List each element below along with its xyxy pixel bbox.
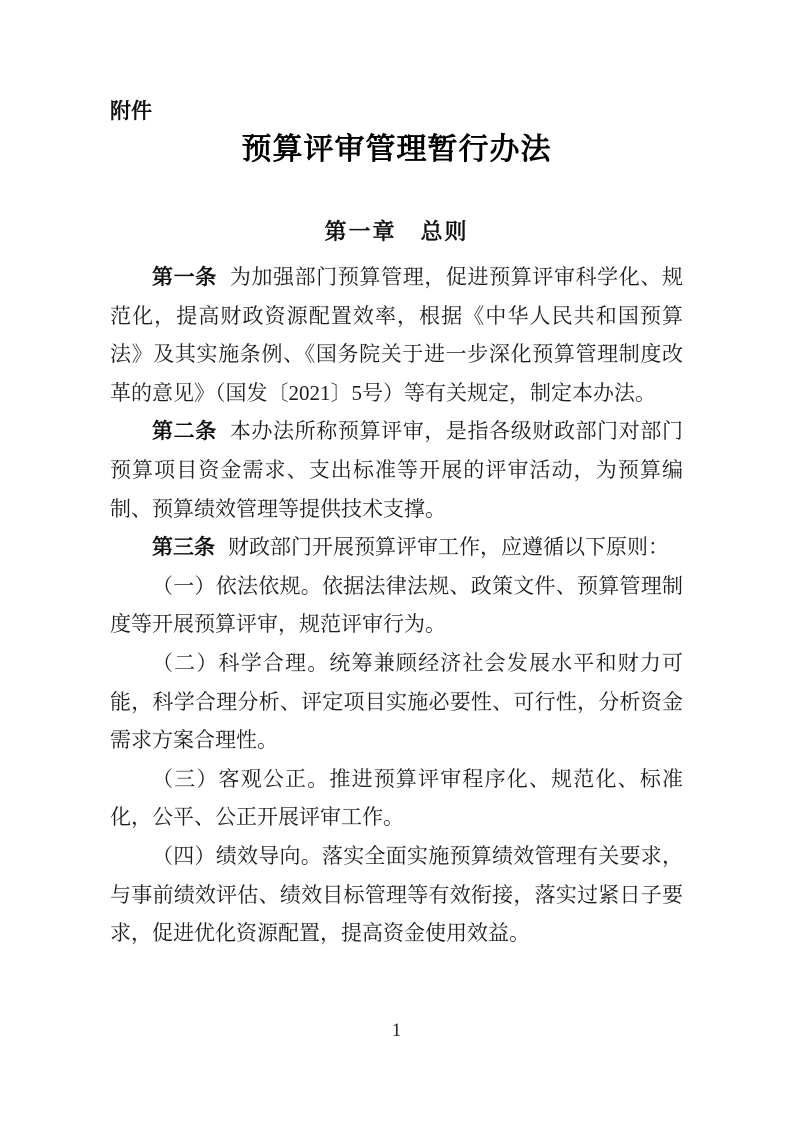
article-paragraph: （一）依法依规。依据法律法规、政策文件、预算管理制度等开展预算评审，规范评审行为… — [110, 567, 683, 644]
article-text: （二）科学合理。统筹兼顾经济社会发展水平和财力可能，科学合理分析、评定项目实施必… — [110, 651, 683, 752]
article-text: （三）客观公正。推进预算评审程序化、规范化、标准化，公平、公正开展评审工作。 — [110, 767, 683, 830]
document-body: 第一条为加强部门预算管理，促进预算评审科学化、规范化，提高财政资源配置效率，根据… — [110, 258, 683, 953]
page-number: 1 — [0, 1020, 793, 1043]
attachment-label: 附件 — [110, 100, 152, 123]
article-paragraph: （四）绩效导向。落实全面实施预算绩效管理有关要求，与事前绩效评估、绩效目标管理等… — [110, 837, 683, 953]
article-text: （一）依法依规。依据法律法规、政策文件、预算管理制度等开展预算评审，规范评审行为… — [110, 574, 683, 637]
article-paragraph: 第三条财政部门开展预算评审工作，应遵循以下原则： — [110, 528, 683, 567]
article-text: （四）绩效导向。落实全面实施预算绩效管理有关要求，与事前绩效评估、绩效目标管理等… — [110, 844, 683, 945]
article-lead: 第二条 — [152, 419, 217, 443]
article-paragraph: 第二条本办法所称预算评审，是指各级财政部门对部门预算项目资金需求、支出标准等开展… — [110, 412, 683, 528]
document-page: 附件 预算评审管理暂行办法 第一章 总则 第一条为加强部门预算管理，促进预算评审… — [0, 0, 793, 1122]
chapter-heading: 第一章 总则 — [0, 219, 793, 245]
article-lead: 第一条 — [152, 265, 217, 289]
article-paragraph: （三）客观公正。推进预算评审程序化、规范化、标准化，公平、公正开展评审工作。 — [110, 760, 683, 837]
article-text: 财政部门开展预算评审工作，应遵循以下原则： — [228, 535, 669, 559]
document-title: 预算评审管理暂行办法 — [0, 132, 793, 168]
article-lead: 第三条 — [152, 535, 215, 559]
article-paragraph: 第一条为加强部门预算管理，促进预算评审科学化、规范化，提高财政资源配置效率，根据… — [110, 258, 683, 412]
article-paragraph: （二）科学合理。统筹兼顾经济社会发展水平和财力可能，科学合理分析、评定项目实施必… — [110, 644, 683, 760]
